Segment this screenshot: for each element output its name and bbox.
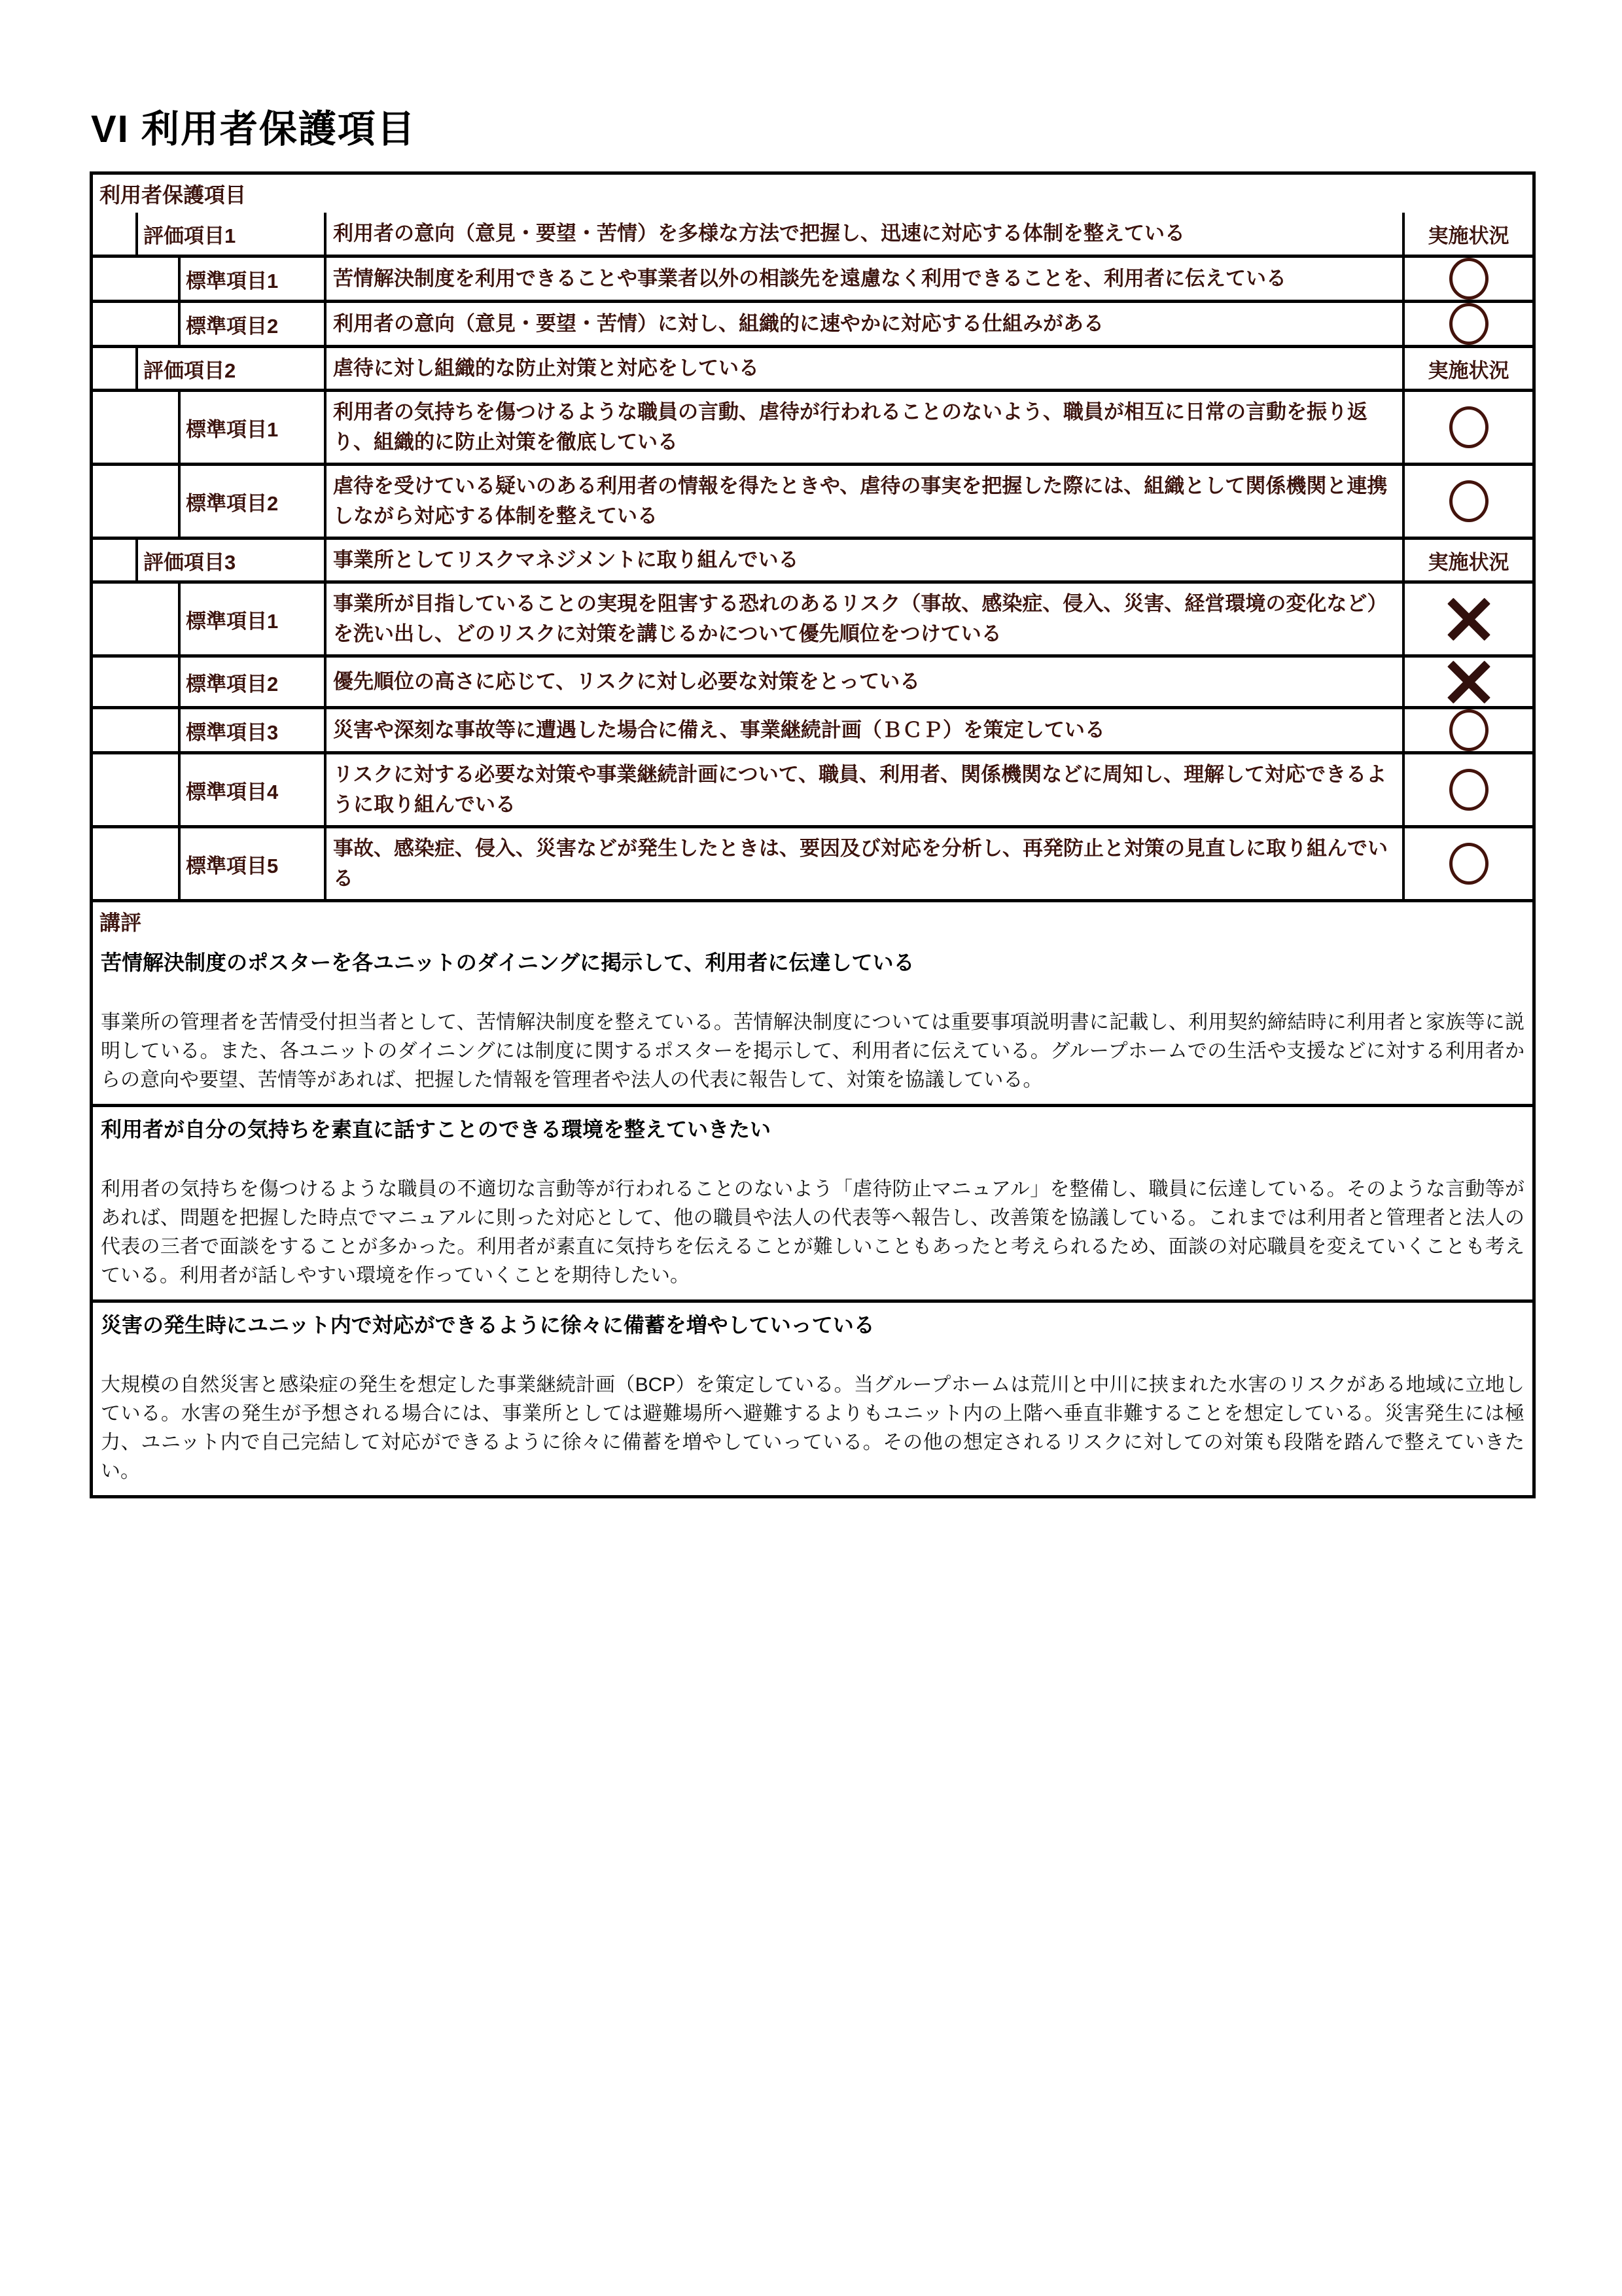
eval-item-text: 事業所としてリスクマネジメントに取り組んでいる xyxy=(324,540,1402,580)
std-item-row: 標準項目3災害や深刻な事故等に遭遇した場合に備え、事業継続計画（ＢＣＰ）を策定し… xyxy=(93,706,1532,751)
row-indent xyxy=(93,258,178,300)
eval-item-row: 評価項目1利用者の意向（意見・要望・苦情）を多様な方法で把握し、迅速に対応する体… xyxy=(93,213,1532,255)
commentary-block: 災害の発生時にユニット内で対応ができるように徐々に備蓄を増やしていっている大規模… xyxy=(93,1299,1532,1495)
std-item-row: 標準項目5事故、感染症、侵入、災害などが発生したときは、要因及び対応を分析し、再… xyxy=(93,825,1532,899)
eval-item-label: 評価項目2 xyxy=(135,348,324,389)
row-indent xyxy=(93,828,178,899)
row-indent xyxy=(93,754,178,825)
commentary-heading: 利用者が自分の気持ちを素直に話すことのできる環境を整えていきたい xyxy=(101,1114,1525,1145)
eval-item-row: 評価項目3事業所としてリスクマネジメントに取り組んでいる実施状況 xyxy=(93,537,1532,580)
status-header-cell: 実施状況 xyxy=(1402,540,1532,580)
std-item-row: 標準項目2優先順位の高さに応じて、リスクに対し必要な対策をとっている xyxy=(93,654,1532,706)
std-item-text: 事故、感染症、侵入、災害などが発生したときは、要因及び対応を分析し、再発防止と対… xyxy=(324,828,1402,899)
row-indent xyxy=(93,540,135,580)
commentary-block: 苦情解決制度のポスターを各ユニットのダイニングに掲示して、利用者に伝達している事… xyxy=(93,940,1532,1104)
status-header-cell: 実施状況 xyxy=(1402,348,1532,389)
status-cell xyxy=(1402,828,1532,899)
status-circle-icon xyxy=(1449,709,1489,751)
eval-item-text: 虐待に対し組織的な防止対策と対応をしている xyxy=(324,348,1402,389)
std-item-label: 標準項目4 xyxy=(178,754,324,825)
std-item-row: 標準項目2虐待を受けている疑いのある利用者の情報を得たときや、虐待の事実を把握し… xyxy=(93,463,1532,537)
status-cell xyxy=(1402,584,1532,654)
std-item-label: 標準項目2 xyxy=(178,466,324,537)
eval-item-label: 評価項目3 xyxy=(135,540,324,580)
std-item-label: 標準項目1 xyxy=(178,584,324,654)
std-item-text: 虐待を受けている疑いのある利用者の情報を得たときや、虐待の事実を把握した際には、… xyxy=(324,466,1402,537)
std-item-row: 標準項目4リスクに対する必要な対策や事業継続計画について、職員、利用者、関係機関… xyxy=(93,751,1532,825)
commentary-body: 利用者の気持ちを傷つけるような職員の不適切な言動等が行われることのないよう「虐待… xyxy=(101,1175,1525,1290)
std-item-row: 標準項目2利用者の意向（意見・要望・苦情）に対し、組織的に速やかに対応する仕組み… xyxy=(93,300,1532,345)
user-protection-table: 利用者保護項目 評価項目1利用者の意向（意見・要望・苦情）を多様な方法で把握し、… xyxy=(90,171,1536,1498)
table-rows-container: 評価項目1利用者の意向（意見・要望・苦情）を多様な方法で把握し、迅速に対応する体… xyxy=(93,213,1532,899)
row-indent xyxy=(93,348,135,389)
status-circle-icon xyxy=(1449,480,1489,522)
std-item-label: 標準項目2 xyxy=(178,658,324,706)
table-section-header-row: 利用者保護項目 xyxy=(93,175,1532,213)
eval-item-text: 利用者の意向（意見・要望・苦情）を多様な方法で把握し、迅速に対応する体制を整えて… xyxy=(324,213,1402,255)
row-indent xyxy=(93,213,135,255)
commentary-heading: 災害の発生時にユニット内で対応ができるように徐々に備蓄を増やしていっている xyxy=(101,1309,1525,1341)
eval-item-label: 評価項目1 xyxy=(135,213,324,255)
std-item-label: 標準項目3 xyxy=(178,709,324,751)
status-header-cell: 実施状況 xyxy=(1402,213,1532,255)
std-item-label: 標準項目2 xyxy=(178,303,324,345)
status-header-label: 実施状況 xyxy=(1428,546,1509,575)
kouhyou-header-label: 講評 xyxy=(93,902,1532,940)
row-indent xyxy=(93,709,178,751)
row-indent xyxy=(93,584,178,654)
status-cross-icon xyxy=(1445,658,1493,706)
commentary-body: 大規模の自然災害と感染症の発生を想定した事業継続計画（BCP）を策定している。当… xyxy=(101,1371,1525,1486)
status-cell xyxy=(1402,392,1532,463)
row-indent xyxy=(93,466,178,537)
status-cell xyxy=(1402,303,1532,345)
std-item-label: 標準項目1 xyxy=(178,392,324,463)
status-header-label: 実施状況 xyxy=(1428,219,1509,249)
status-cell xyxy=(1402,258,1532,300)
status-circle-icon xyxy=(1449,406,1489,448)
eval-item-row: 評価項目2虐待に対し組織的な防止対策と対応をしている実施状況 xyxy=(93,345,1532,389)
commentary-blocks-container: 苦情解決制度のポスターを各ユニットのダイニングに掲示して、利用者に伝達している事… xyxy=(93,940,1532,1495)
commentary-body: 事業所の管理者を苦情受付担当者として、苦情解決制度を整えている。苦情解決制度につ… xyxy=(101,1008,1525,1095)
row-indent xyxy=(93,303,178,345)
std-item-text: 優先順位の高さに応じて、リスクに対し必要な対策をとっている xyxy=(324,658,1402,706)
std-item-label: 標準項目5 xyxy=(178,828,324,899)
status-cell xyxy=(1402,466,1532,537)
page-title: VI 利用者保護項目 xyxy=(91,98,416,153)
std-item-text: 事業所が目指していることの実現を阻害する恐れのあるリスク（事故、感染症、侵入、災… xyxy=(324,584,1402,654)
std-item-text: 災害や深刻な事故等に遭遇した場合に備え、事業継続計画（ＢＣＰ）を策定している xyxy=(324,709,1402,751)
std-item-row: 標準項目1事業所が目指していることの実現を阻害する恐れのあるリスク（事故、感染症… xyxy=(93,580,1532,654)
status-cell xyxy=(1402,754,1532,825)
commentary-heading: 苦情解決制度のポスターを各ユニットのダイニングに掲示して、利用者に伝達している xyxy=(101,947,1525,978)
kouhyou-header-row: 講評 xyxy=(93,899,1532,940)
std-item-text: 苦情解決制度を利用できることや事業者以外の相談先を遠慮なく利用できることを、利用… xyxy=(324,258,1402,300)
row-indent xyxy=(93,392,178,463)
status-circle-icon xyxy=(1449,843,1489,885)
std-item-label: 標準項目1 xyxy=(178,258,324,300)
status-cross-icon xyxy=(1445,595,1493,643)
status-cell xyxy=(1402,709,1532,751)
table-section-header-label: 利用者保護項目 xyxy=(93,175,1532,213)
status-circle-icon xyxy=(1449,303,1489,345)
std-item-text: リスクに対する必要な対策や事業継続計画について、職員、利用者、関係機関などに周知… xyxy=(324,754,1402,825)
std-item-row: 標準項目1苦情解決制度を利用できることや事業者以外の相談先を遠慮なく利用できるこ… xyxy=(93,255,1532,300)
status-cell xyxy=(1402,658,1532,706)
std-item-row: 標準項目1利用者の気持ちを傷つけるような職員の言動、虐待が行われることのないよう… xyxy=(93,389,1532,463)
std-item-text: 利用者の意向（意見・要望・苦情）に対し、組織的に速やかに対応する仕組みがある xyxy=(324,303,1402,345)
status-circle-icon xyxy=(1449,769,1489,811)
document-page: VI 利用者保護項目 利用者保護項目 評価項目1利用者の意向（意見・要望・苦情）… xyxy=(0,0,1622,2296)
row-indent xyxy=(93,658,178,706)
status-header-label: 実施状況 xyxy=(1428,354,1509,383)
commentary-block: 利用者が自分の気持ちを素直に話すことのできる環境を整えていきたい利用者の気持ちを… xyxy=(93,1104,1532,1299)
std-item-text: 利用者の気持ちを傷つけるような職員の言動、虐待が行われることのないよう、職員が相… xyxy=(324,392,1402,463)
status-circle-icon xyxy=(1449,258,1489,300)
